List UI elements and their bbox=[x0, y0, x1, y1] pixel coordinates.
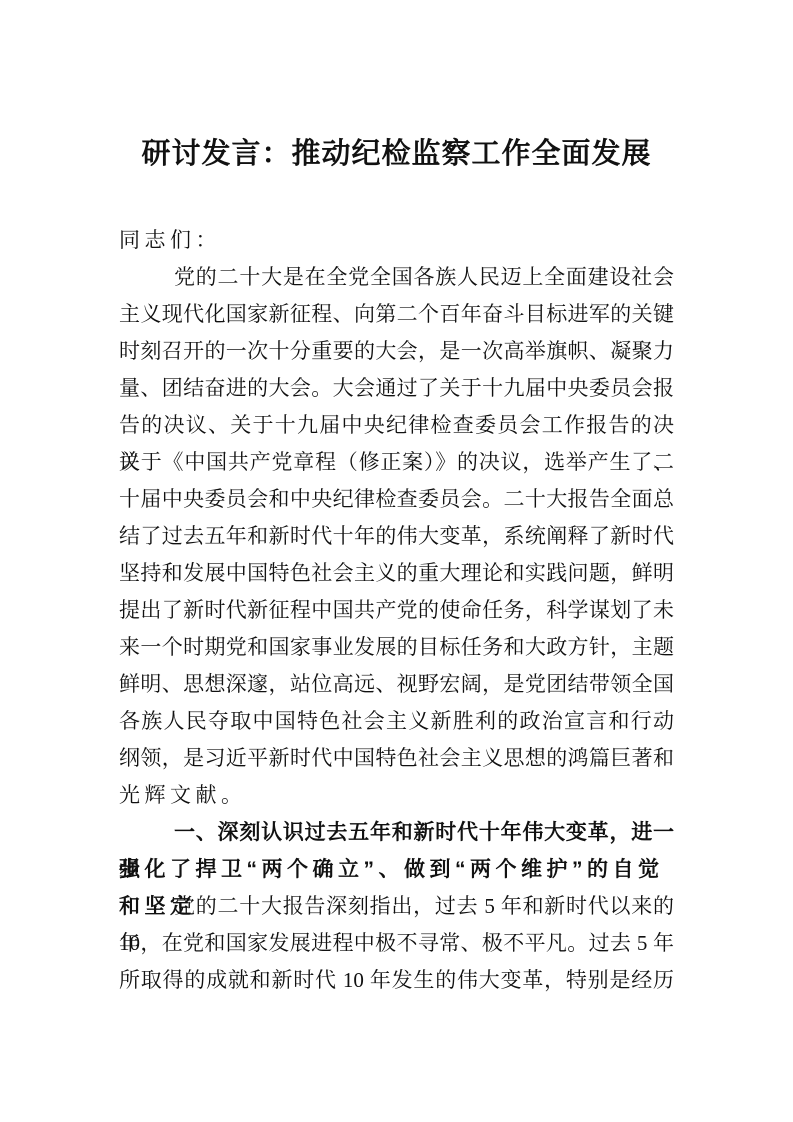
body-line: 各族人民夺取中国特色社会主义新胜利的政治宣言和行动 bbox=[119, 703, 674, 740]
heading-line: 一、深刻认识过去五年和新时代十年伟大变革，进一步 bbox=[119, 814, 674, 851]
body-line: 十届中央委员会和中央纪律检查委员会。二十大报告全面总 bbox=[119, 481, 674, 518]
body-line: 光辉文献。 bbox=[119, 777, 674, 814]
document-body: 同志们：党的二十大是在全党全国各族人民迈上全面建设社会主义现代化国家新征程、向第… bbox=[119, 222, 674, 999]
body-line: 纲领，是习近平新时代中国特色社会主义思想的鸿篇巨著和 bbox=[119, 740, 674, 777]
document-content: 研讨发言：推动纪检监察工作全面发展 同志们：党的二十大是在全党全国各族人民迈上全… bbox=[119, 0, 674, 999]
document-page: 研讨发言：推动纪检监察工作全面发展 同志们：党的二十大是在全党全国各族人民迈上全… bbox=[0, 0, 793, 1122]
body-line: 主义现代化国家新征程、向第二个百年奋斗目标进军的关键 bbox=[119, 296, 674, 333]
body-line: 鲜明、思想深邃，站位高远、视野宏阔，是党团结带领全国 bbox=[119, 666, 674, 703]
document-title: 研讨发言：推动纪检监察工作全面发展 bbox=[119, 131, 674, 177]
body-line: 年，在党和国家发展进程中极不寻常、极不平凡。过去 5 年 bbox=[119, 925, 674, 962]
body-line: 坚持和发展中国特色社会主义的重大理论和实践问题，鲜明 bbox=[119, 555, 674, 592]
heading-line: 强化了捍卫“两个确立”、做到“两个维护”的自觉和坚定 bbox=[119, 851, 674, 888]
body-line: 告的决议、关于十九届中央纪律检查委员会工作报告的决议、 bbox=[119, 407, 674, 444]
body-line: 党的二十大是在全党全国各族人民迈上全面建设社会 bbox=[119, 259, 674, 296]
body-line: 提出了新时代新征程中国共产党的使命任务，科学谋划了未 bbox=[119, 592, 674, 629]
body-line: 量、团结奋进的大会。大会通过了关于十九届中央委员会报 bbox=[119, 370, 674, 407]
body-line: 同志们： bbox=[119, 222, 674, 259]
body-line: 时刻召开的一次十分重要的大会，是一次高举旗帜、凝聚力 bbox=[119, 333, 674, 370]
body-line: 关于《中国共产党章程（修正案）》的决议，选举产生了二 bbox=[119, 444, 674, 481]
body-line: 所取得的成就和新时代 10 年发生的伟大变革，特别是经历 bbox=[119, 962, 674, 999]
body-line: 结了过去五年和新时代十年的伟大变革，系统阐释了新时代 bbox=[119, 518, 674, 555]
body-line: 来一个时期党和国家事业发展的目标任务和大政方针，主题 bbox=[119, 629, 674, 666]
body-line: 党的二十大报告深刻指出，过去 5 年和新时代以来的 10 bbox=[119, 888, 674, 925]
